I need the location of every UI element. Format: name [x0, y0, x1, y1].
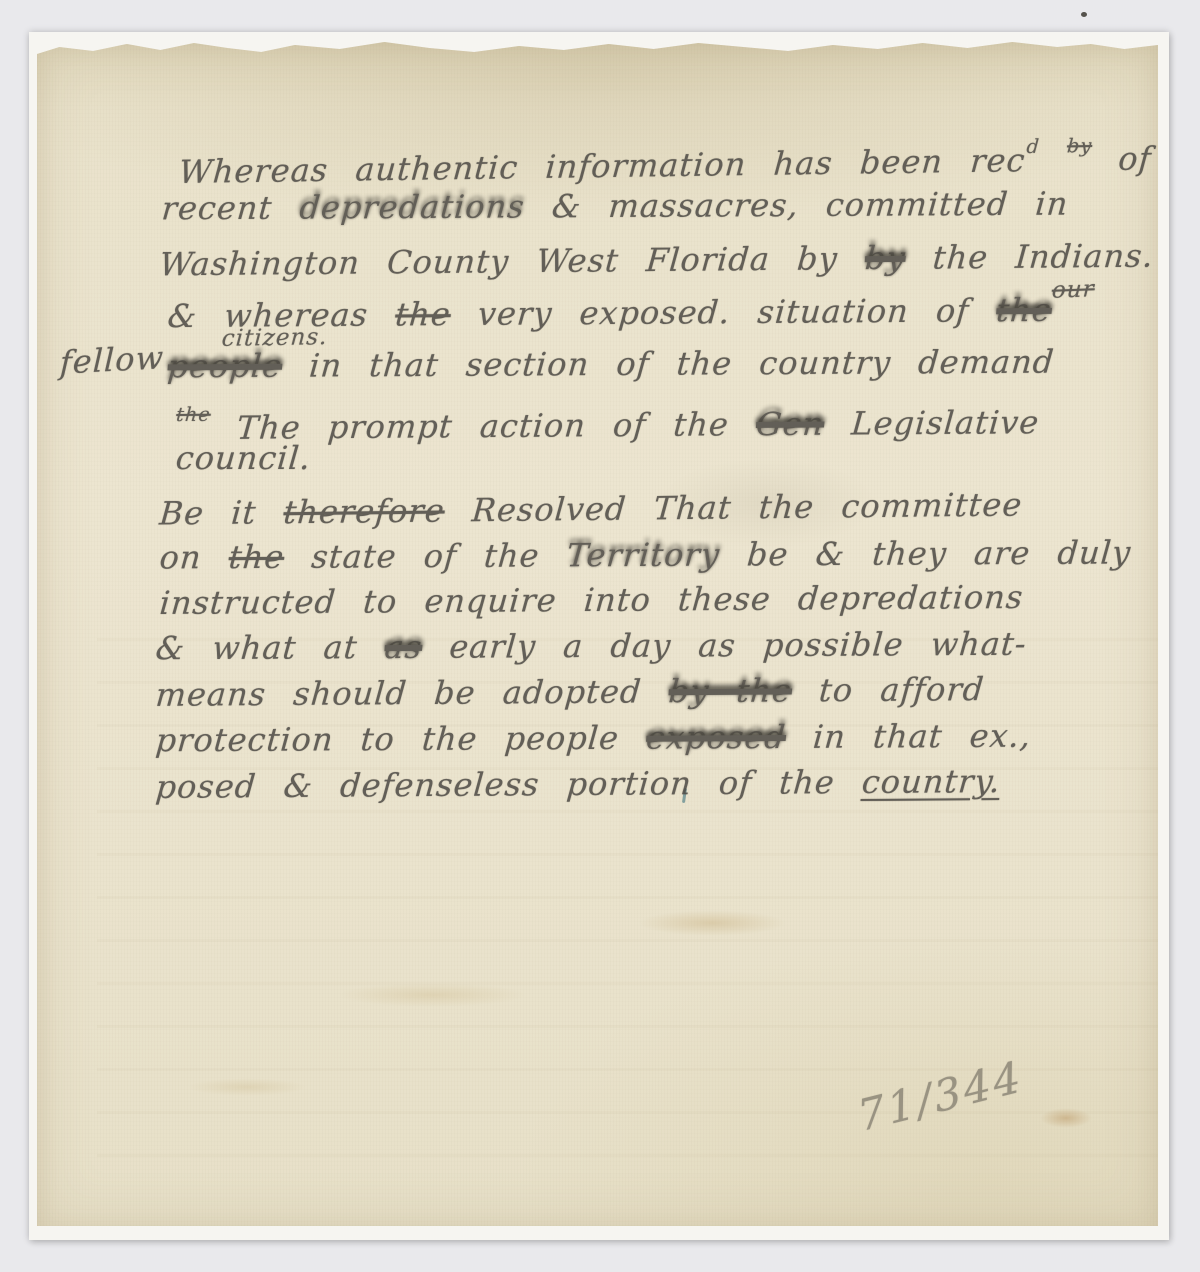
manuscript-word: on — [158, 538, 230, 576]
manuscript-word: & what at — [154, 628, 386, 667]
manuscript-line: recent depredations & massacres, committ… — [160, 184, 1070, 229]
paper-stain — [187, 1078, 307, 1096]
manuscript-line: council. — [174, 438, 312, 478]
manuscript-word: people — [166, 347, 284, 386]
manuscript-word: means should be adopted — [154, 672, 670, 714]
manuscript-word: Be it — [158, 493, 285, 532]
manuscript-line: people in that section of the country de… — [166, 342, 1056, 387]
manuscript-word: Territory — [565, 536, 721, 575]
manuscript-line: means should be adopted by the to afford — [154, 669, 986, 715]
manuscript-word: Legislative — [823, 403, 1041, 442]
manuscript-word: of — [1090, 139, 1153, 178]
manuscript-line: on the state of the Territory be & they … — [158, 532, 1133, 577]
manuscript-line: instructed to enquire into these depreda… — [158, 577, 1025, 623]
manuscript-line: & what at as early a day as possible wha… — [154, 624, 1028, 669]
manuscript-word: the — [175, 403, 211, 426]
manuscript-word: very exposed. situation of — [449, 291, 998, 333]
manuscript-word: council. — [174, 439, 312, 477]
manuscript-line: our — [1051, 265, 1096, 310]
manuscript-word: Resolved That the committee — [443, 485, 1024, 529]
manuscript-line: posed & defenseless portion of the count… — [154, 761, 1002, 807]
manuscript-word: the Indians. — [904, 237, 1155, 277]
manuscript-word: protection to the people — [154, 719, 648, 760]
dust-speck — [1081, 12, 1087, 17]
manuscript-word: recent — [160, 189, 301, 228]
manuscript-word: the — [995, 291, 1053, 329]
manuscript-word: in that section of the country demand — [281, 343, 1056, 385]
manuscript-word: the — [394, 295, 452, 333]
manuscript-line: protection to the people exposed in that… — [154, 716, 1033, 761]
manuscript-word: the — [227, 538, 286, 576]
manuscript-word: posed & defenseless portion of the — [154, 763, 863, 806]
manuscript-word: early a day as possible what- — [421, 625, 1029, 666]
photograph-stage: Whereas authentic information has been r… — [0, 0, 1200, 1272]
manuscript-word: country. — [860, 762, 1002, 801]
manuscript-word: & massacres, committed in — [523, 185, 1070, 226]
manuscript-word: fellow — [59, 338, 165, 381]
manuscript-word: Gen — [755, 405, 826, 443]
manuscript-word — [1037, 141, 1067, 179]
manuscript-word: be & they are duly — [718, 533, 1132, 573]
manuscript-word: Washington County West Florida by — [158, 239, 866, 283]
manuscript-word: state of the — [283, 536, 569, 575]
manuscript-word: as — [383, 628, 424, 666]
manuscript-word: in that ex., — [784, 717, 1032, 756]
manuscript-word: depredations — [298, 187, 526, 226]
manuscript-word: by — [1066, 134, 1093, 157]
manuscript-word: instructed to enquire into these depreda… — [158, 578, 1025, 622]
paper-stain — [337, 983, 527, 1007]
paper-stain — [637, 910, 787, 936]
manuscript-word: to afford — [790, 670, 985, 709]
manuscript-line: fellow — [59, 337, 165, 382]
manuscript-word: our — [1051, 276, 1095, 303]
manuscript-word: by — [864, 239, 908, 277]
manuscript-word: by the — [667, 671, 793, 710]
manuscript-word: exposed — [645, 718, 788, 757]
manuscript-word: therefore — [282, 492, 446, 532]
